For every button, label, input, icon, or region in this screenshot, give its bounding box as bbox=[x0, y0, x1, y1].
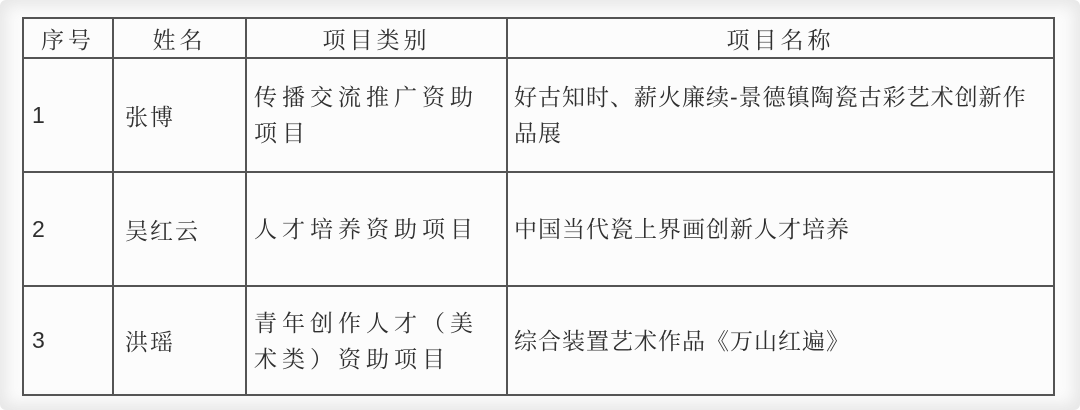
cell-project: 综合装置艺术作品《万山红遍》 bbox=[507, 286, 1054, 395]
cell-name: 洪瑶 bbox=[113, 286, 246, 395]
funding-projects-table: 序号 姓名 项目类别 项目名称 1 张博 传播交流推广资助项目 好古知时、薪火廉… bbox=[22, 17, 1055, 396]
table-row: 3 洪瑶 青年创作人才（美术类）资助项目 综合装置艺术作品《万山红遍》 bbox=[23, 286, 1054, 395]
article-table-image: 序号 姓名 项目类别 项目名称 1 张博 传播交流推广资助项目 好古知时、薪火廉… bbox=[0, 0, 1080, 410]
table-row: 1 张博 传播交流推广资助项目 好古知时、薪火廉续-景德镇陶瓷古彩艺术创新作品展 bbox=[23, 58, 1054, 172]
cell-index: 2 bbox=[23, 172, 113, 286]
table-header-row: 序号 姓名 项目类别 项目名称 bbox=[23, 18, 1054, 58]
cell-index: 3 bbox=[23, 286, 113, 395]
cell-name: 吴红云 bbox=[113, 172, 246, 286]
header-index: 序号 bbox=[23, 18, 113, 58]
cell-index: 1 bbox=[23, 58, 113, 172]
cell-project: 好古知时、薪火廉续-景德镇陶瓷古彩艺术创新作品展 bbox=[507, 58, 1054, 172]
cell-category: 传播交流推广资助项目 bbox=[246, 58, 507, 172]
cell-project: 中国当代瓷上界画创新人才培养 bbox=[507, 172, 1054, 286]
header-project: 项目名称 bbox=[507, 18, 1054, 58]
table-row: 2 吴红云 人才培养资助项目 中国当代瓷上界画创新人才培养 bbox=[23, 172, 1054, 286]
cell-name: 张博 bbox=[113, 58, 246, 172]
header-category: 项目类别 bbox=[246, 18, 507, 58]
header-name: 姓名 bbox=[113, 18, 246, 58]
cell-category: 人才培养资助项目 bbox=[246, 172, 507, 286]
cell-category: 青年创作人才（美术类）资助项目 bbox=[246, 286, 507, 395]
